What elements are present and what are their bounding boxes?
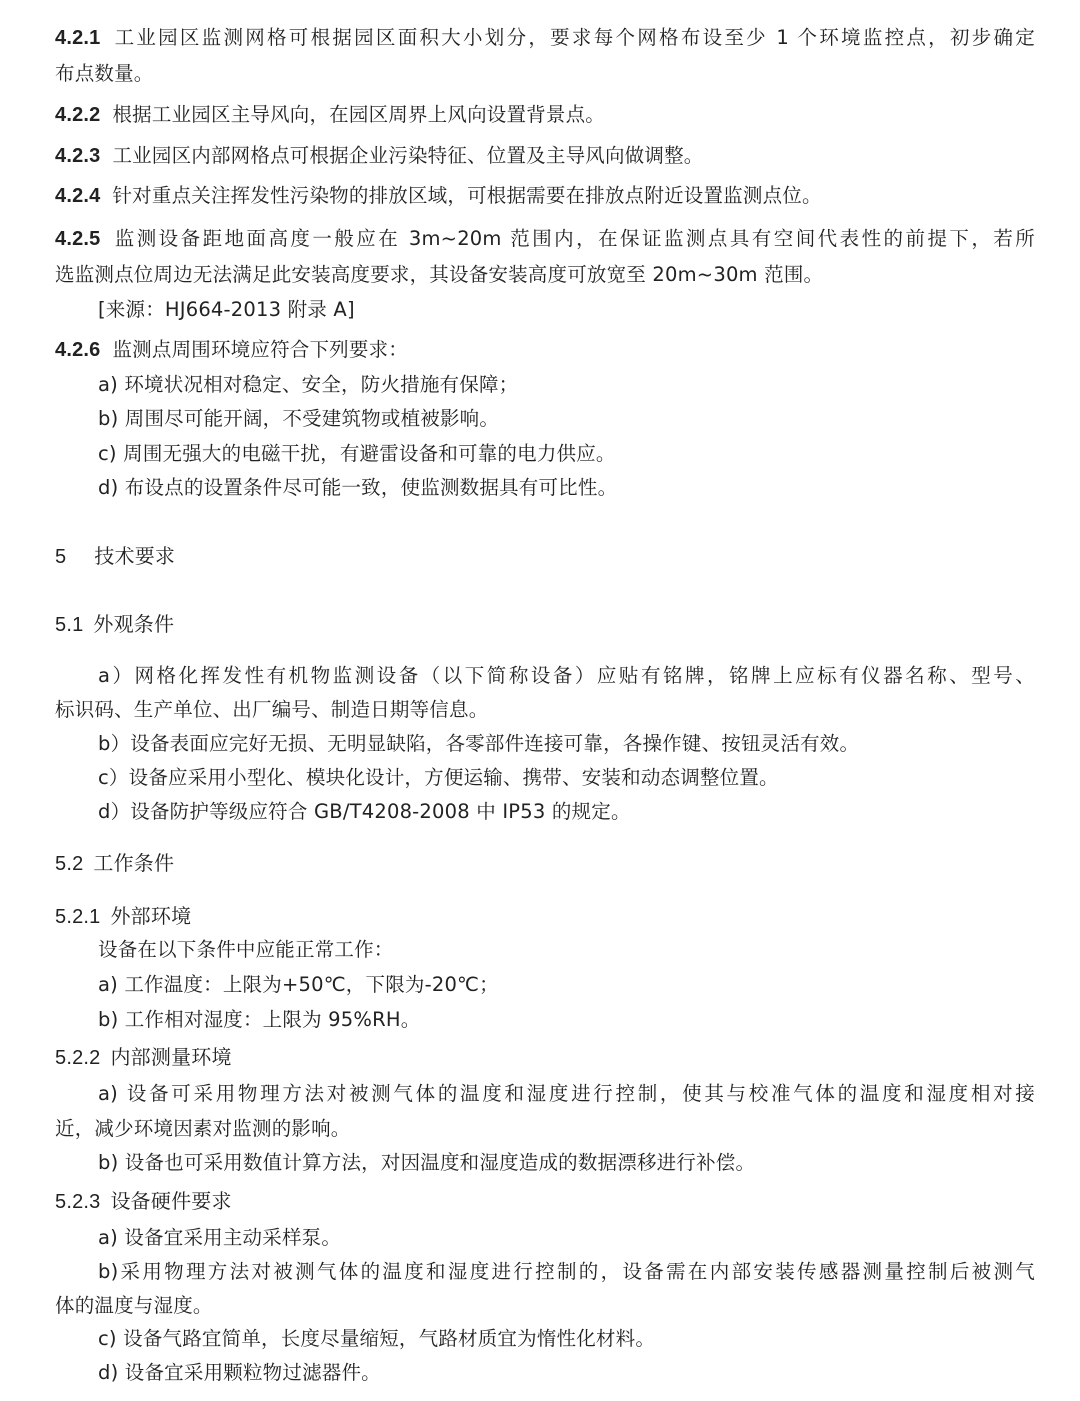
clause-5-2-2-a-line2: 近，减少环境因素对监测的影响。 [55,1117,351,1141]
clause-text: 根据工业园区主导风向，在园区周界上风向设置背景点。 [112,103,605,126]
list-item: a) 环境状况相对稳定、安全，防火措施有保障； [98,373,518,397]
clause-number: 4.2.6 [55,339,100,361]
section-title: 内部测量环境 [110,1045,231,1069]
clause-5-2-1-a: a) 工作温度：上限为+50℃，下限为-20℃； [98,973,499,997]
clause-5-2-3-d: d) 设备宜采用颗粒物过滤器件。 [98,1361,381,1385]
clause-4-2-1-line2: 布点数量。 [55,62,154,86]
clause-5-2-3-c: c) 设备气路宜简单，长度尽量缩短，气路材质宜为惰性化材料。 [98,1327,655,1351]
section-number: 5.2.3 [55,1191,100,1213]
clause-number: 4.2.2 [55,104,100,126]
section-number: 5 [55,546,66,568]
clause-text: 工业园区监测网格可根据园区面积大小划分，要求每个网格布设至少 1 个环境监控点，… [112,26,1035,49]
clause-4-2-6: 4.2.6监测点周围环境应符合下列要求： [55,338,408,362]
clause-5-2-3-b-line1: b)采用物理方法对被测气体的温度和湿度进行控制的，设备需在内部安装传感器测量控制… [98,1260,1035,1284]
section-heading-5: 5技术要求 [55,544,175,569]
source-note: [来源：HJ664-2013 附录 A] [98,298,355,322]
clause-5-1-c: c）设备应采用小型化、模块化设计，方便运输、携带、安装和动态调整位置。 [98,766,779,790]
list-item: b) 周围尽可能开阔，不受建筑物或植被影响。 [98,407,499,431]
clause-4-2-4: 4.2.4针对重点关注挥发性污染物的排放区域，可根据需要在排放点附近设置监测点位… [55,184,822,208]
section-title: 设备硬件要求 [110,1189,231,1213]
clause-5-2-1-b: b) 工作相对湿度：上限为 95%RH。 [98,1008,420,1032]
section-heading-5-2-2: 5.2.2内部测量环境 [55,1045,232,1070]
clause-text: 工业园区内部网格点可根据企业污染特征、位置及主导风向做调整。 [112,144,703,167]
section-number: 5.1 [55,614,83,636]
section-number: 5.2 [55,853,83,875]
clause-5-1-d: d）设备防护等级应符合 GB/T4208-2008 中 IP53 的规定。 [98,800,631,824]
clause-number: 4.2.4 [55,185,100,207]
clause-text: 监测设备距地面高度一般应在 3m~20m 范围内，在保证监测点具有空间代表性的前… [112,227,1035,250]
section-heading-5-2: 5.2工作条件 [55,851,174,876]
clause-4-2-1-line1: 4.2.1工业园区监测网格可根据园区面积大小划分，要求每个网格布设至少 1 个环… [55,26,1035,50]
clause-5-2-2-b: b) 设备也可采用数值计算方法，对因温度和湿度造成的数据漂移进行补偿。 [98,1151,755,1175]
list-item: d) 布设点的设置条件尽可能一致，使监测数据具有可比性。 [98,476,617,500]
list-item: c) 周围无强大的电磁干扰，有避雷设备和可靠的电力供应。 [98,442,616,466]
section-number: 5.2.1 [55,906,100,928]
clause-4-2-2: 4.2.2根据工业园区主导风向，在园区周界上风向设置背景点。 [55,103,605,127]
clause-4-2-5-line2: 选监测点位周边无法满足此安装高度要求，其设备安装高度可放宽至 20m~30m 范… [55,263,823,287]
clause-4-2-3: 4.2.3工业园区内部网格点可根据企业污染特征、位置及主导风向做调整。 [55,144,704,168]
clause-number: 4.2.3 [55,145,100,167]
section-heading-5-2-1: 5.2.1外部环境 [55,904,191,929]
clause-5-1-a-line1: a）网格化挥发性有机物监测设备（以下简称设备）应贴有铭牌，铭牌上应标有仪器名称、… [98,664,1035,688]
clause-number: 4.2.5 [55,228,100,250]
section-title: 工作条件 [93,851,174,875]
clause-text: 监测点周围环境应符合下列要求： [112,338,408,361]
clause-5-1-b: b）设备表面应完好无损、无明显缺陷，各零部件连接可靠，各操作键、按钮灵活有效。 [98,732,859,756]
section-heading-5-2-3: 5.2.3设备硬件要求 [55,1189,232,1214]
section-title: 外观条件 [93,612,174,636]
clause-text: 针对重点关注挥发性污染物的排放区域，可根据需要在排放点附近设置监测点位。 [112,184,821,207]
section-title: 外部环境 [110,904,191,928]
section-heading-5-1: 5.1外观条件 [55,612,174,637]
clause-5-2-2-a-line1: a) 设备可采用物理方法对被测气体的温度和湿度进行控制，使其与校准气体的温度和湿… [98,1082,1035,1106]
clause-5-2-3-b-line2: 体的温度与湿度。 [55,1294,213,1318]
clause-5-2-3-a: a) 设备宜采用主动采样泵。 [98,1226,341,1250]
clause-number: 4.2.1 [55,27,100,49]
section-title: 技术要求 [94,544,175,568]
clause-4-2-5-line1: 4.2.5监测设备距地面高度一般应在 3m~20m 范围内，在保证监测点具有空间… [55,227,1035,251]
section-number: 5.2.2 [55,1047,100,1069]
clause-5-1-a-line2: 标识码、生产单位、出厂编号、制造日期等信息。 [55,698,488,722]
clause-5-2-1-intro: 设备在以下条件中应能正常工作： [98,938,394,962]
